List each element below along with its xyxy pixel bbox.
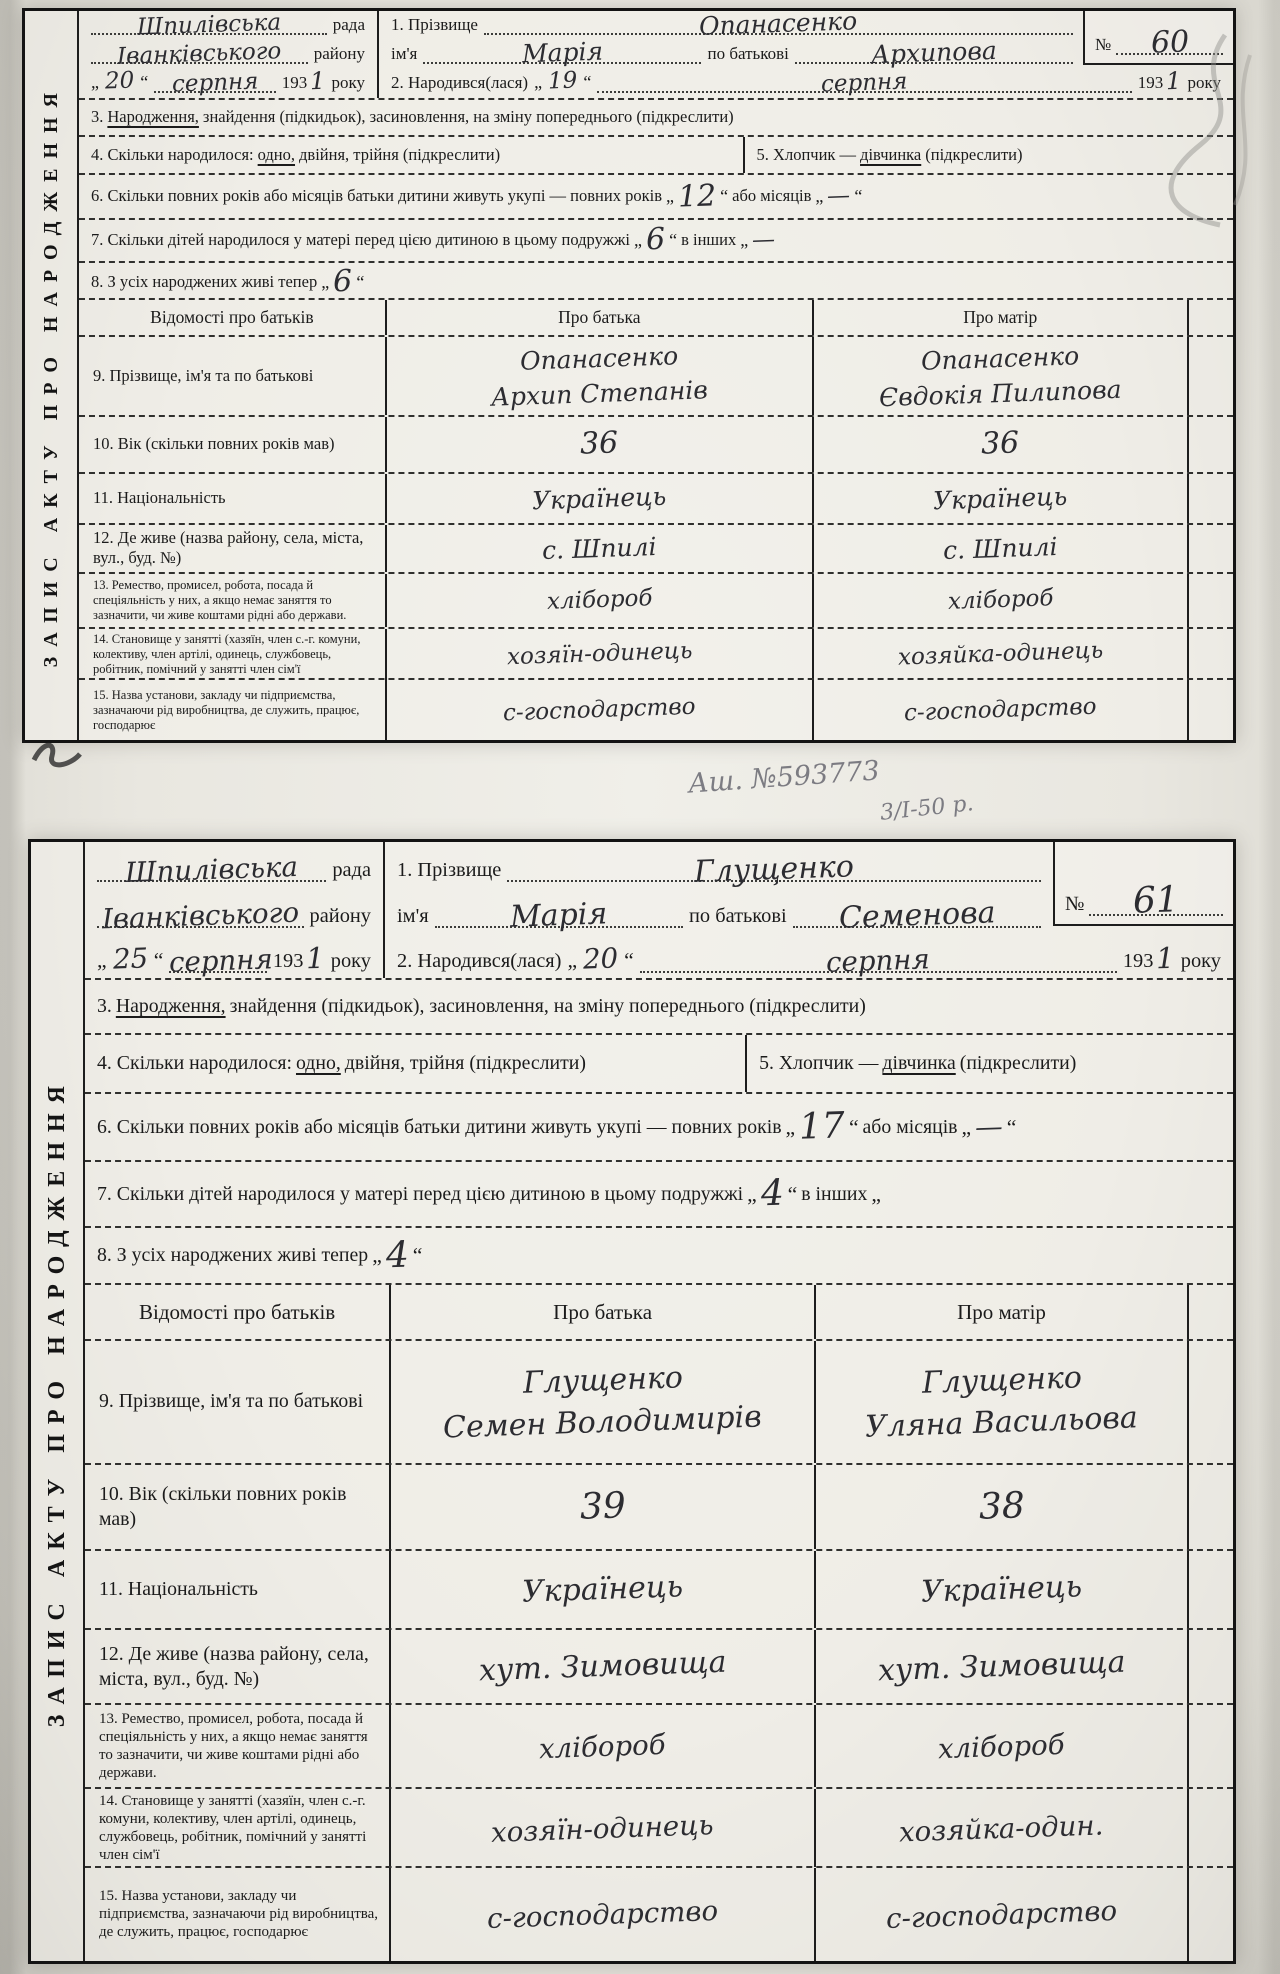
district-name-value: Іванківського xyxy=(117,40,282,69)
quote-open: „ xyxy=(786,1114,796,1141)
mother-occupation-value: хлібороб xyxy=(938,1730,1065,1762)
margin-strip xyxy=(1187,417,1233,472)
registration-date-line: „ 25 “ серпня 1931 року xyxy=(85,933,383,978)
father-enterprise-value: с-господарство xyxy=(503,695,696,725)
row10-label: 10. Вік (скільки повних років мав) xyxy=(79,417,385,472)
district-label: району xyxy=(310,905,371,928)
children-alive-value: 4 xyxy=(385,1237,409,1274)
multiplicity-cell: 4. Скільки народилося: одно, двійня, трі… xyxy=(79,137,743,173)
council-label: рада xyxy=(332,859,371,882)
sex-cell: 5. Хлопчик — дівчинка (підкреслити) xyxy=(743,137,1233,173)
number-sign-label: № xyxy=(1095,35,1111,55)
father-age-cell: 39 xyxy=(389,1465,814,1550)
father-status-cell: хозяїн-одинець xyxy=(385,629,812,680)
mother-nationality-value: Українець xyxy=(921,1572,1083,1608)
row3-number: 3. xyxy=(91,107,103,128)
quote-open: „ xyxy=(871,1181,881,1208)
row7-text: 7. Скільки дітей народилося у матері пер… xyxy=(97,1182,743,1207)
registration-year-digit: 1 xyxy=(310,69,326,94)
birth-month-blank: серпня xyxy=(640,947,1117,973)
side-vertical-title: ЗАПИС АКТУ ПРО НАРОДЖЕННЯ xyxy=(40,83,63,667)
quote-close: “ xyxy=(154,948,164,973)
row14-label: 14. Становище у занятті (хазяїн, член с.… xyxy=(79,629,385,680)
father-given-value: Семен Володимирів xyxy=(443,1402,763,1443)
row-children-alive: 8. З усіх народжених живі тепер „ 6 “ xyxy=(79,261,1233,298)
row-occupation: 13. Ремество, промисел, робота, посада й… xyxy=(85,1703,1233,1787)
quote-close: “ xyxy=(140,72,148,93)
quote-close: “ xyxy=(720,185,728,208)
form-main: Шпилівська рада Іванківського району „ 2… xyxy=(85,842,1233,1961)
row15-label: 15. Назва установи, закладу чи підприємс… xyxy=(79,680,385,740)
district-line: Іванківського району xyxy=(85,887,383,932)
children-before-value: 6 xyxy=(645,225,665,256)
margin-strip xyxy=(1187,1551,1233,1627)
row-children-before: 7. Скільки дітей народилося у матері пер… xyxy=(85,1160,1233,1226)
margin-strip xyxy=(1187,337,1233,415)
council-label: рада xyxy=(333,15,365,35)
row5-underlined-word: дівчинка xyxy=(860,145,921,166)
father-status-value: хозяїн-одинець xyxy=(491,1811,714,1846)
row10-label: 10. Вік (скільки повних років мав) xyxy=(85,1465,389,1550)
district-label: району xyxy=(314,44,365,64)
birth-record-form-60: ЗАПИС АКТУ ПРО НАРОДЖЕННЯ Шпилівська рад… xyxy=(22,8,1236,743)
quote-close: “ xyxy=(583,72,591,93)
record-number-box: № 61 xyxy=(1053,842,1233,926)
surname-blank: Опанасенко xyxy=(484,11,1073,35)
row3-number: 3. xyxy=(97,994,112,1019)
mother-nationality-value: Українець xyxy=(933,483,1068,513)
quote-close: “ xyxy=(849,1114,859,1141)
quote-open: „ xyxy=(321,271,329,294)
row9-label: 9. Прізвище, ім'я та по батькові xyxy=(79,337,385,415)
mother-enterprise-cell: с-господарство xyxy=(814,1868,1187,1961)
father-occupation-cell: хлібороб xyxy=(389,1705,814,1787)
row7-text: 7. Скільки дітей народилося у матері пер… xyxy=(91,230,630,251)
sex-cell: 5. Хлопчик — дівчинка (підкреслити) xyxy=(745,1035,1233,1092)
margin-strip xyxy=(1187,1705,1233,1787)
father-column-header: Про батька xyxy=(389,1285,814,1339)
row5-rest: (підкреслити) xyxy=(960,1051,1077,1076)
quote-close: “ xyxy=(624,948,634,973)
council-blank: Шпилівська xyxy=(91,14,327,35)
patronymic-label: по батькові xyxy=(689,905,787,928)
row5-underlined-word: дівчинка xyxy=(882,1051,955,1076)
row-enterprise: 15. Назва установи, закладу чи підприємс… xyxy=(85,1866,1233,1961)
father-occupation-value: хлібороб xyxy=(546,587,652,614)
margin-strip xyxy=(1187,574,1233,627)
row-parent-names: 9. Прізвище, ім'я та по батькові Глущенк… xyxy=(85,1339,1233,1463)
row-residence: 12. Де живе (назва району, села, міста, … xyxy=(85,1628,1233,1704)
surname-blank: Глущенко xyxy=(507,855,1041,882)
council-name-value: Шпилівська xyxy=(125,853,299,887)
father-status-cell: хозяїн-одинець xyxy=(389,1789,814,1867)
name-label: ім'я xyxy=(391,44,417,64)
row4-rest: двійня, трійня (підкреслити) xyxy=(299,145,500,166)
child-surname-value: Глущенко xyxy=(694,852,855,888)
mother-age-cell: 38 xyxy=(814,1465,1187,1550)
registration-date-line: „ 20 “ серпня 1931 року xyxy=(79,69,377,98)
header-right-column: 1. Прізвище Опанасенко ім'я Марія по бат… xyxy=(379,11,1233,98)
side-vertical-title: ЗАПИС АКТУ ПРО НАРОДЖЕННЯ xyxy=(44,1076,71,1727)
district-blank: Іванківського xyxy=(97,902,304,928)
row-nationality: 11. Національність Українець Українець xyxy=(79,472,1233,523)
year-printed-label: 193 xyxy=(1138,73,1164,93)
row5-text: 5. Хлопчик — xyxy=(757,145,857,166)
row6-text: 6. Скільки повних років або місяців бать… xyxy=(97,1115,782,1140)
row12-label: 12. Де живе (назва району, села, міста, … xyxy=(79,525,385,572)
mother-enterprise-value: с-господарство xyxy=(904,695,1097,725)
birth-month-blank: серпня xyxy=(597,72,1131,93)
birth-day-value: 20 xyxy=(583,945,619,974)
mother-enterprise-value: с-господарство xyxy=(886,1897,1118,1933)
years-together-value: 17 xyxy=(799,1108,846,1146)
row4-underlined-word: одно, xyxy=(258,145,295,166)
row-children-before: 7. Скільки дітей народилося у матері пер… xyxy=(79,218,1233,261)
birth-day-value: 19 xyxy=(548,70,578,94)
quote-close: “ xyxy=(1007,1114,1017,1141)
number-sign-label: № xyxy=(1065,893,1084,916)
parents-table-header: Відомості про батьків Про батька Про мат… xyxy=(79,298,1233,335)
row5-rest: (підкреслити) xyxy=(925,145,1022,166)
row12-label: 12. Де живе (назва району, села, міста, … xyxy=(85,1630,389,1704)
row11-label: 11. Національність xyxy=(85,1551,389,1627)
mother-nationality-cell: Українець xyxy=(812,474,1187,523)
father-residence-cell: хут. Зимовища xyxy=(389,1630,814,1704)
record-number-blank: 61 xyxy=(1089,883,1223,916)
header-left-column: Шпилівська рада Іванківського району „ 2… xyxy=(85,842,385,978)
quote-open: „ xyxy=(567,948,577,973)
record-number-box: № 60 xyxy=(1083,11,1233,65)
name-blank: Марія xyxy=(423,40,701,64)
birth-record-form-61: ЗАПИС АКТУ ПРО НАРОДЖЕННЯ Шпилівська рад… xyxy=(28,839,1236,1964)
quote-open: „ xyxy=(97,948,107,973)
child-name-value: Марія xyxy=(521,39,603,67)
record-number-blank: 60 xyxy=(1116,28,1223,55)
margin-strip xyxy=(1187,1465,1233,1550)
child-patronymic-value: Семенова xyxy=(838,898,995,933)
margin-strip xyxy=(1187,1341,1233,1463)
row8-text: 8. З усіх народжених живі тепер xyxy=(97,1243,368,1268)
row13-label: 13. Ремество, промисел, робота, посада й… xyxy=(85,1705,389,1787)
birth-date-line: 2. Народився(лася) „ 20 “ серпня 1931 ро… xyxy=(385,933,1233,978)
margin-strip xyxy=(1187,474,1233,523)
mother-surname-value: Опанасенко xyxy=(921,343,1080,374)
father-given-value: Архип Степанів xyxy=(490,377,708,410)
quote-open: „ xyxy=(91,72,99,93)
row-children-alive: 8. З усіх народжених живі тепер „ 4 “ xyxy=(85,1226,1233,1283)
mother-nationality-cell: Українець xyxy=(814,1551,1187,1627)
row-years-together: 6. Скільки повних років або місяців бать… xyxy=(79,173,1233,218)
father-enterprise-cell: с-господарство xyxy=(385,680,812,740)
year-word-label: року xyxy=(331,950,371,973)
quote-open: „ xyxy=(962,1114,972,1141)
father-name-cell: Опанасенко Архип Степанів xyxy=(385,337,812,415)
mother-age-value: 38 xyxy=(978,1488,1025,1526)
registration-month-blank: серпня xyxy=(154,72,275,93)
row7-other-text: в інших xyxy=(681,230,736,251)
quote-open: „ xyxy=(534,72,542,93)
parents-table-header: Відомості про батьків Про батька Про мат… xyxy=(85,1283,1233,1339)
birth-month-value: серпня xyxy=(826,945,931,976)
document-scan: ЗАПИС АКТУ ПРО НАРОДЖЕННЯ Шпилівська рад… xyxy=(0,0,1280,1974)
row3-underlined-word: Народження, xyxy=(107,107,199,128)
row-parent-age: 10. Вік (скільки повних років мав) 39 38 xyxy=(85,1463,1233,1550)
row11-label: 11. Національність xyxy=(79,474,385,523)
patronymic-label: по батькові xyxy=(707,44,788,64)
year-word-label: року xyxy=(1187,73,1221,93)
form-main: Шпилівська рада Іванківського району „ 2… xyxy=(79,11,1233,740)
margin-strip xyxy=(1187,300,1233,335)
header-left-column: Шпилівська рада Іванківського району „ 2… xyxy=(79,11,379,98)
years-together-value: 12 xyxy=(677,181,716,212)
quote-open: „ xyxy=(740,229,748,252)
mother-residence-cell: хут. Зимовища xyxy=(814,1630,1187,1704)
district-line: Іванківського району xyxy=(79,40,377,69)
row-residence: 12. Де живе (назва району, села, міста, … xyxy=(79,523,1233,572)
year-word-label: року xyxy=(1181,950,1221,973)
father-nationality-cell: Українець xyxy=(389,1551,814,1627)
row6-months-text: або місяців xyxy=(863,1115,958,1140)
father-surname-value: Глущенко xyxy=(522,1363,683,1399)
mother-occupation-value: хлібороб xyxy=(947,587,1053,614)
row6-text: 6. Скільки повних років або місяців бать… xyxy=(91,186,662,207)
registration-day-value: 20 xyxy=(105,70,135,94)
patronymic-blank: Семенова xyxy=(793,901,1041,928)
row14-label: 14. Становище у занятті (хазяїн, член с.… xyxy=(85,1789,389,1867)
header-right-column: 1. Прізвище Глущенко ім'я Марія по батьк… xyxy=(385,842,1233,978)
father-occupation-value: хлібороб xyxy=(539,1730,666,1762)
row7-other-text: в інших xyxy=(801,1182,867,1207)
row-birth-type: 3. Народження, знайдення (підкидьок), за… xyxy=(85,978,1233,1034)
mother-given-value: Уляна Васильова xyxy=(865,1403,1139,1443)
row13-label: 13. Ремество, промисел, робота, посада й… xyxy=(79,574,385,627)
father-name-cell: Глущенко Семен Володимирів xyxy=(389,1341,814,1463)
quote-open: „ xyxy=(634,229,642,252)
quote-open: „ xyxy=(747,1181,757,1208)
multiplicity-cell: 4. Скільки народилося: одно, двійня, трі… xyxy=(85,1035,745,1092)
father-age-value: 36 xyxy=(580,429,619,460)
row6-months-text: або місяців xyxy=(732,186,811,207)
quote-close: “ xyxy=(356,271,364,294)
surname-label: 1. Прізвище xyxy=(391,15,478,35)
mother-enterprise-cell: с-господарство xyxy=(812,680,1187,740)
mother-column-header: Про матір xyxy=(814,1285,1187,1339)
months-together-value: — xyxy=(827,185,851,209)
born-label: 2. Народився(лася) xyxy=(397,950,561,973)
row-nationality: 11. Національність Українець Українець xyxy=(85,1549,1233,1627)
margin-strip xyxy=(1187,1789,1233,1867)
registration-month-value: серпня xyxy=(171,71,258,97)
margin-strip xyxy=(1187,525,1233,572)
father-status-value: хозяїн-одинець xyxy=(506,640,692,669)
father-column-header: Про батька xyxy=(385,300,812,335)
children-before-value: 4 xyxy=(760,1176,784,1213)
birth-month-value: серпня xyxy=(821,71,908,97)
row-birth-type: 3. Народження, знайдення (підкидьок), за… xyxy=(79,98,1233,135)
form-side-strip: ЗАПИС АКТУ ПРО НАРОДЖЕННЯ xyxy=(31,842,85,1961)
row5-text: 5. Хлопчик — xyxy=(759,1051,878,1076)
mother-residence-cell: с. Шпилі xyxy=(812,525,1187,572)
district-blank: Іванківського xyxy=(91,43,308,64)
mother-age-cell: 36 xyxy=(812,417,1187,472)
row-parent-names: 9. Прізвище, ім'я та по батькові Опанасе… xyxy=(79,335,1233,415)
margin-strip xyxy=(1187,629,1233,680)
year-printed-label: 193 xyxy=(282,73,308,93)
council-line: Шпилівська рада xyxy=(79,11,377,40)
father-age-cell: 36 xyxy=(385,417,812,472)
row4-text: 4. Скільки народилося: xyxy=(97,1051,292,1076)
parents-info-header: Відомості про батьків xyxy=(85,1285,389,1339)
council-blank: Шпилівська xyxy=(97,856,326,882)
form-side-strip: ЗАПИС АКТУ ПРО НАРОДЖЕННЯ xyxy=(25,11,79,740)
father-surname-value: Опанасенко xyxy=(520,343,679,374)
row-employment-status: 14. Становище у занятті (хазяїн, член с.… xyxy=(79,627,1233,678)
born-label: 2. Народився(лася) xyxy=(391,73,528,93)
row-enterprise: 15. Назва установи, закладу чи підприємс… xyxy=(79,678,1233,740)
mother-occupation-cell: хлібороб xyxy=(812,574,1187,627)
row8-text: 8. З усіх народжених живі тепер xyxy=(91,272,317,293)
quote-close: “ xyxy=(788,1181,798,1208)
row4-underlined-word: одно, xyxy=(296,1051,341,1076)
margin-strip xyxy=(1187,1630,1233,1704)
row3-text: знайдення (підкидьок), засиновлення, на … xyxy=(203,107,734,128)
year-printed-label: 193 xyxy=(1123,950,1154,973)
registration-month-value: серпня xyxy=(169,945,274,976)
child-name-value: Марія xyxy=(510,899,608,932)
mother-occupation-cell: хлібороб xyxy=(814,1705,1187,1787)
mother-residence-value: с. Шпилі xyxy=(943,534,1058,563)
form-header: Шпилівська рада Іванківського району „ 2… xyxy=(79,11,1233,98)
children-alive-value: 6 xyxy=(333,267,353,298)
birth-date-line: 2. Народився(лася) „ 19 “ серпня 1931 ро… xyxy=(379,69,1233,98)
council-line: Шпилівська рада xyxy=(85,842,383,887)
row-multiplicity-sex: 4. Скільки народилося: одно, двійня, трі… xyxy=(79,135,1233,173)
margin-strip xyxy=(1187,1868,1233,1961)
row-parent-age: 10. Вік (скільки повних років мав) 36 36 xyxy=(79,415,1233,472)
birth-year-digit: 1 xyxy=(1156,944,1175,973)
surname-label: 1. Прізвище xyxy=(397,859,501,882)
name-label: ім'я xyxy=(397,905,429,928)
mother-name-cell: Глущенко Уляна Васильова xyxy=(814,1341,1187,1463)
row-employment-status: 14. Становище у занятті (хазяїн, член с.… xyxy=(85,1787,1233,1865)
months-together-value: — xyxy=(975,1113,1004,1142)
mother-status-cell: хозяйка-один. xyxy=(814,1789,1187,1867)
year-printed-label: 193 xyxy=(273,950,304,973)
name-blank: Марія xyxy=(435,901,683,928)
mother-residence-value: хут. Зимовища xyxy=(877,1647,1125,1686)
quote-open: „ xyxy=(666,185,674,208)
father-nationality-cell: Українець xyxy=(385,474,812,523)
row4-text: 4. Скільки народилося: xyxy=(91,145,254,166)
quote-close: “ xyxy=(669,229,677,252)
margin-strip xyxy=(1187,680,1233,740)
father-nationality-value: Українець xyxy=(522,1572,684,1608)
father-residence-value: хут. Зимовища xyxy=(478,1647,726,1686)
record-number-value: 61 xyxy=(1133,882,1180,920)
mother-name-cell: Опанасенко Євдокія Пилипова xyxy=(812,337,1187,415)
mother-status-value: хозяйка-одинець xyxy=(897,639,1103,669)
father-residence-value: с. Шпилі xyxy=(542,534,657,563)
child-surname-value: Опанасенко xyxy=(699,8,858,39)
row3-underlined-word: Народження, xyxy=(116,994,226,1019)
father-age-value: 39 xyxy=(579,1488,626,1526)
registration-year-digit: 1 xyxy=(306,944,325,973)
row-years-together: 6. Скільки повних років або місяців бать… xyxy=(85,1092,1233,1160)
mother-column-header: Про матір xyxy=(812,300,1187,335)
row3-text: знайдення (підкидьок), засиновлення, на … xyxy=(230,994,866,1019)
row15-label: 15. Назва установи, закладу чи підприємс… xyxy=(85,1868,389,1961)
row-multiplicity-sex: 4. Скільки народилося: одно, двійня, трі… xyxy=(85,1033,1233,1092)
children-other-value: — xyxy=(752,229,776,253)
parents-info-header: Відомості про батьків xyxy=(79,300,385,335)
father-occupation-cell: хлібороб xyxy=(385,574,812,627)
child-patronymic-value: Архипова xyxy=(871,38,998,67)
quote-close: “ xyxy=(854,185,862,208)
row-occupation: 13. Ремество, промисел, робота, посада й… xyxy=(79,572,1233,627)
patronymic-blank: Архипова xyxy=(795,40,1073,64)
mother-status-value: хозяйка-один. xyxy=(899,1811,1104,1846)
mother-age-value: 36 xyxy=(981,429,1020,460)
record-number-value: 60 xyxy=(1150,27,1189,58)
father-residence-cell: с. Шпилі xyxy=(385,525,812,572)
council-name-value: Шпилівська xyxy=(136,12,281,40)
quote-open: „ xyxy=(815,185,823,208)
mother-surname-value: Глущенко xyxy=(921,1363,1082,1399)
year-word-label: року xyxy=(331,73,365,93)
quote-open: „ xyxy=(372,1242,382,1269)
mother-status-cell: хозяйка-одинець xyxy=(812,629,1187,680)
row4-rest: двійня, трійня (підкреслити) xyxy=(345,1051,586,1076)
birth-year-digit: 1 xyxy=(1166,69,1182,94)
margin-strip xyxy=(1187,1285,1233,1339)
district-name-value: Іванківського xyxy=(101,898,299,932)
father-enterprise-value: с-господарство xyxy=(487,1897,719,1933)
form-header: Шпилівська рада Іванківського району „ 2… xyxy=(85,842,1233,978)
registration-day-value: 25 xyxy=(112,945,148,974)
quote-close: “ xyxy=(413,1242,423,1269)
registration-month-blank: серпня xyxy=(169,947,267,973)
row9-label: 9. Прізвище, ім'я та по батькові xyxy=(85,1341,389,1463)
father-nationality-value: Українець xyxy=(532,483,667,513)
mother-given-value: Євдокія Пилипова xyxy=(879,377,1122,410)
forms-container: ЗАПИС АКТУ ПРО НАРОДЖЕННЯ Шпилівська рад… xyxy=(22,8,1236,1964)
father-enterprise-cell: с-господарство xyxy=(389,1868,814,1961)
